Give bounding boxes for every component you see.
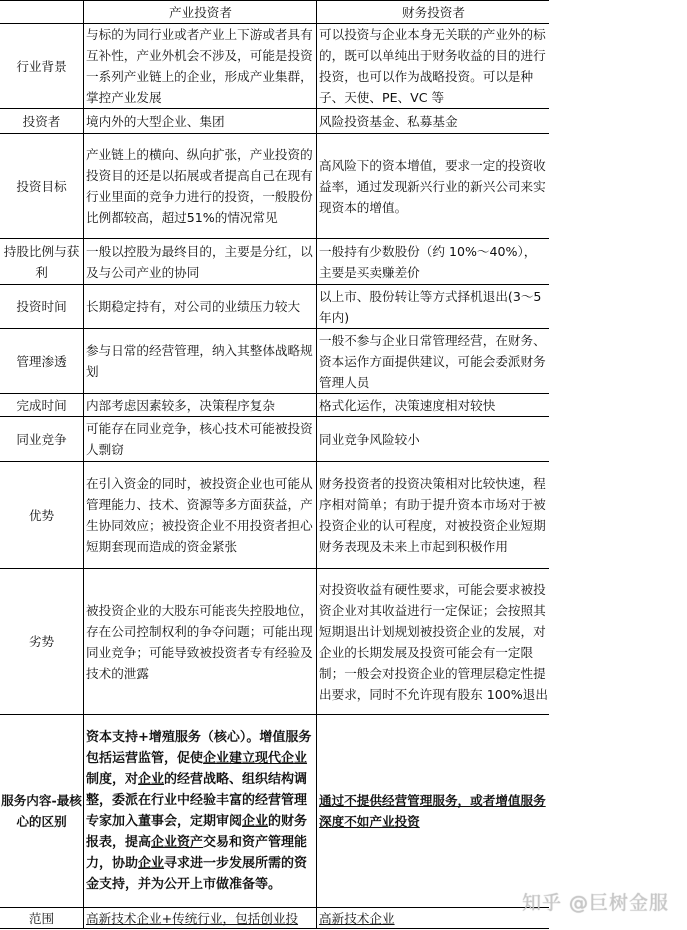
industrial-cell: 产业链上的横向、纵向扩张，产业投资的投资目的还是以拓展或者提高自己在现有行业里面… [83, 134, 316, 238]
table-row-investment-time: 投资时间 长期稳定持有，对公司的业绩压力较大 以上市、股份转让等方式择机退出(3… [0, 284, 549, 328]
table-row-investor: 投资者 境内外的大型企业、集团 风险投资基金、私募基金 [0, 108, 549, 133]
table-row-scope: 范围 高新技术企业+传统行业，包括创业投 高新技术企业 [0, 907, 549, 929]
financial-cell: 对投资收益有硬性要求，可能会要求被投资企业对其收益进行一定保证；会按照其短期退出… [316, 569, 549, 714]
industrial-cell: 在引入资金的同时，被投资企业也可能从管理能力、技术、资源等多方面获益，产生协同效… [83, 462, 316, 568]
table-row-advantages: 优势 在引入资金的同时，被投资企业也可能从管理能力、技术、资源等多方面获益，产生… [0, 461, 549, 568]
industrial-cell: 高新技术企业+传统行业，包括创业投 [83, 908, 316, 929]
financial-cell: 一般持有少数股份（约 10%～40%），主要是买卖赚差价 [316, 239, 549, 284]
industrial-cell: 与标的为同行业或者产业上下游或者具有互补性，产业外机会不涉及，可能是投资一系列产… [83, 24, 316, 108]
row-label: 投资目标 [0, 134, 83, 238]
financial-cell: 可以投资与企业本身无关联的产业外的标的，既可以单纯出于财务收益的目的进行投资，也… [316, 24, 549, 108]
industrial-cell: 资本支持+增殖服务（核心）。增值服务包括运营监管，促使企业建立现代企业制度，对企… [83, 715, 316, 907]
row-label: 行业背景 [0, 24, 83, 108]
table-row-industry-background: 行业背景 与标的为同行业或者产业上下游或者具有互补性，产业外机会不涉及，可能是投… [0, 23, 549, 108]
header-financial-investor: 财务投资者 [316, 1, 549, 23]
industrial-cell: 参与日常的经营管理，纳入其整体战略规划 [83, 329, 316, 393]
row-label: 管理渗透 [0, 329, 83, 393]
financial-cell: 格式化运作，决策速度相对较快 [316, 394, 549, 416]
table-row-shareholding: 持股比例与获利 一般以控股为最终目的，主要是分红，以及与公司产业的协同 一般持有… [0, 238, 549, 284]
table-bottom-border [0, 928, 549, 929]
industrial-cell: 内部考虑因素较多，决策程序复杂 [83, 394, 316, 416]
row-label: 范围 [0, 908, 83, 929]
table-header-row: 产业投资者 财务投资者 [0, 0, 549, 23]
industrial-cell: 可能存在同业竞争，核心技术可能被投资人剽窃 [83, 417, 316, 461]
table-row-investment-goal: 投资目标 产业链上的横向、纵向扩张，产业投资的投资目的还是以拓展或者提高自己在现… [0, 133, 549, 238]
row-label: 持股比例与获利 [0, 239, 83, 284]
industrial-cell: 境内外的大型企业、集团 [83, 109, 316, 133]
financial-cell: 风险投资基金、私募基金 [316, 109, 549, 133]
financial-cell: 通过不提供经营管理服务，或者增值服务深度不如产业投资 [316, 715, 549, 907]
row-label: 投资时间 [0, 285, 83, 328]
row-label: 完成时间 [0, 394, 83, 416]
header-corner-cell [0, 1, 83, 23]
row-label: 劣势 [0, 569, 83, 714]
financial-cell: 同业竞争风险较小 [316, 417, 549, 461]
zhihu-watermark: 知乎 @巨树金服 [522, 888, 669, 915]
row-label: 投资者 [0, 109, 83, 133]
financial-cell: 高风险下的资本增值，要求一定的投资收益率，通过发现新兴行业的新兴公司来实现资本的… [316, 134, 549, 238]
row-label: 服务内容-最核心的区别 [0, 715, 83, 907]
industrial-cell: 长期稳定持有，对公司的业绩压力较大 [83, 285, 316, 328]
row-label: 优势 [0, 462, 83, 568]
industrial-cell: 被投资企业的大股东可能丧失控股地位，存在公司控制权利的争夺问题；可能出现同业竞争… [83, 569, 316, 714]
financial-cell: 一般不参与企业日常管理经营，在财务、资本运作方面提供建议，可能会委派财务管理人员 [316, 329, 549, 393]
financial-cell: 以上市、股份转让等方式择机退出(3～5 年内) [316, 285, 549, 328]
table-row-management: 管理渗透 参与日常的经营管理，纳入其整体战略规划 一般不参与企业日常管理经营，在… [0, 328, 549, 393]
table-row-completion-time: 完成时间 内部考虑因素较多，决策程序复杂 格式化运作，决策速度相对较快 [0, 393, 549, 416]
financial-cell: 高新技术企业 [316, 908, 549, 929]
header-industrial-investor: 产业投资者 [83, 1, 316, 23]
table-row-service-content: 服务内容-最核心的区别 资本支持+增殖服务（核心）。增值服务包括运营监管，促使企… [0, 714, 549, 907]
row-label: 同业竞争 [0, 417, 83, 461]
table-row-disadvantages: 劣势 被投资企业的大股东可能丧失控股地位，存在公司控制权利的争夺问题；可能出现同… [0, 568, 549, 714]
table-row-competition: 同业竞争 可能存在同业竞争，核心技术可能被投资人剽窃 同业竞争风险较小 [0, 416, 549, 461]
financial-cell: 财务投资者的投资决策相对比较快速，程序相对简单；有助于提升资本市场对于被投资企业… [316, 462, 549, 568]
industrial-service-text: 资本支持+增殖服务（核心）。增值服务包括运营监管，促使企业建立现代企业制度，对企… [86, 727, 315, 895]
industrial-cell: 一般以控股为最终目的，主要是分红，以及与公司产业的协同 [83, 239, 316, 284]
